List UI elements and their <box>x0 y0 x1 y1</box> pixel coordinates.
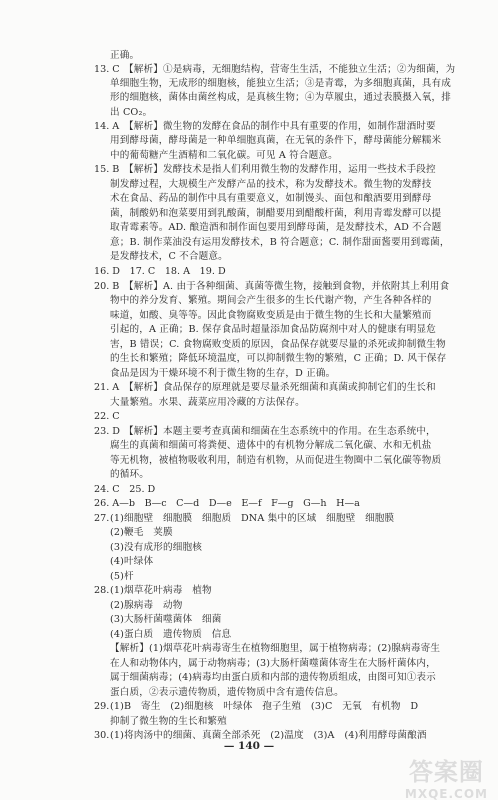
question-number: 13. C <box>94 63 120 76</box>
text-line: (1)B 寄生 (2)细胞核 叶绿体 孢子生殖 (3)C 无氧 有机物 D <box>110 700 418 713</box>
answer-key-page: 正确。13. C【解析】①是病毒，无细胞结构，营寄生生活，不能独立生活；②为细菌… <box>0 0 498 800</box>
text-line: (5)杆 <box>110 570 134 583</box>
text-line: 中的葡萄糖产生酒精和二氧化碳。可见 A 符合题意。 <box>110 149 338 162</box>
question-number: 22. C <box>94 410 120 423</box>
question-number: 16. D 17. C 18. A 19. D <box>94 265 226 278</box>
page-number: — 140 — <box>0 740 498 752</box>
text-line: 腐生的真菌和细菌可将粪便、遗体中的有机物分解成二氧化碳、水和无机盐 <box>110 439 432 452</box>
text-line: 食品是因为干燥环境不利于微生物的生存，D 正确。 <box>110 367 335 380</box>
text-line: 出 CO₂。 <box>110 106 152 119</box>
text-line: 在人和动物体内，属于动物病毒；(3)大肠杆菌噬菌体寄生在大肠杆菌体内， <box>110 657 436 670</box>
text-line: 属于细菌病毒；(4)病毒均由蛋白质和内部的遗传物质组成，由图可知①表示 <box>110 671 436 684</box>
text-line: 【解析】①是病毒，无细胞结构，营寄生生活，不能独立生活；②为细菌，为 <box>124 63 455 76</box>
text-line: 物中的养分发育、繁殖。期间会产生很多的生长代谢产物，产生各种各样的 <box>110 294 432 307</box>
text-line: 【解析】(1)烟草花叶病毒寄生在植物细胞里，属于植物病毒；(2)腺病毒寄生 <box>110 642 440 655</box>
text-line: 【解析】A. 由于各种细菌、真菌等微生物，接触到食物，并依附其上利用食 <box>124 280 449 293</box>
question-number: 21. A <box>94 381 119 394</box>
text-line: (1)烟草花叶病毒 植物 <box>110 584 212 597</box>
text-line: 单细胞生物，无成形的细胞核，能独立生活；③是青霉，为多细胞真菌，具有成 <box>110 77 451 90</box>
question-number: 15. B <box>94 163 119 176</box>
question-number: 23. D <box>94 425 120 438</box>
text-line: 菌，制酸奶和泡菜要用到乳酸菌，制醋要用到醋酸杆菌，利用青霉发酵可以提 <box>110 207 441 220</box>
text-line: 的生长和繁殖；降低环境温度，可以抑制微生物的繁殖，C 正确；D. 风干保存 <box>110 352 446 365</box>
text-line: 蛋白质，②表示遗传物质，遗传物质中含有遗传信息。 <box>110 686 344 699</box>
text-line: 等无机物，被植物吸收利用，制造有机物，从而促进生物圈中二氧化碳等物质 <box>110 454 441 467</box>
watermark-logo: 答案圈 <box>405 752 488 787</box>
text-line: 害，B 错误；C. 食物腐败变质的原因，食品保存就要尽量的杀死或抑制微生物 <box>110 338 446 351</box>
text-line: 引起的，A 正确；B. 保存食品时超量添加食品防腐剂中对人的健康有明显危 <box>110 323 436 336</box>
text-line: 是发酵技术，C 不合题意。 <box>110 250 228 263</box>
question-number: 29. <box>94 700 109 713</box>
question-number: 28. <box>94 584 109 597</box>
text-line: (4)叶绿体 <box>110 555 153 568</box>
text-line: 味道，如酸、臭等等。因此食物腐败变质是由于微生物的生长和大量繁殖而 <box>110 309 432 322</box>
text-line: 的循环。 <box>110 468 149 481</box>
watermark-url: MXQE.COM <box>405 787 488 800</box>
text-line: (2)鞭毛 荚膜 <box>110 526 173 539</box>
text-line: (4)蛋白质 遗传物质 信息 <box>110 628 231 641</box>
text-line: 抑制了微生物的生长和繁殖 <box>110 715 227 728</box>
text-line: 制发酵过程，大规模生产发酵产品的技术，称为发酵技术。微生物的发酵技 <box>110 178 432 191</box>
text-line: (2)腺病毒 动物 <box>110 599 183 612</box>
text-line: 取青霉素等。AD. 酿造酒和制作面包要用到酵母菌，是发酵技术，AD 不合题 <box>110 221 441 234</box>
question-number: 26. A—b B—c C—d D—e E—f F—g G—h H—a <box>94 497 360 510</box>
question-number: 20. B <box>94 280 119 293</box>
text-line: 意；B. 制作菜油没有运用发酵技术，B 符合题意；C. 制作甜面酱要用到霉菌， <box>110 236 450 249</box>
watermark: 答案圈 MXQE.COM <box>405 752 488 800</box>
text-line: 【解析】本题主要考查真菌和细菌在生态系统中的作用。在生态系统中， <box>124 425 436 438</box>
text-line: 正确。 <box>110 49 139 62</box>
text-line: 【解析】微生物的发酵在食品的制作中具有重要的作用，如制作甜酒时要 <box>124 120 436 133</box>
text-line: 【解析】食品保存的原理就是要尽量杀死细菌和真菌或抑制它们的生长和 <box>124 381 436 394</box>
text-line: (3)没有成形的细胞核 <box>110 541 202 554</box>
text-line: (1)细胞壁 细胞膜 细胞质 DNA 集中的区域 细胞壁 细胞膜 <box>110 512 394 525</box>
question-number: 14. A <box>94 120 119 133</box>
text-line: 术在食品、药品的制作中具有重要意义，如制馒头、面包和酿酒要用到酵母 <box>110 192 432 205</box>
text-line: 形的细胞核，菌体由菌丝构成，是真核生物；④为草履虫，通过表膜摄入氧，排 <box>110 91 451 104</box>
text-line: (3)大肠杆菌噬菌体 细菌 <box>110 613 221 626</box>
text-line: 大量繁殖。水果、蔬菜应用冷藏的方法保存。 <box>110 396 305 409</box>
text-line: 用到酵母菌，酵母菌是一种单细胞真菌，在无氧的条件下，酵母菌能分解糯米 <box>110 134 441 147</box>
text-line: 【解析】发酵技术是指人们利用微生物的发酵作用，运用一些技术手段控 <box>124 163 436 176</box>
question-number: 27. <box>94 512 109 525</box>
question-number: 24. C 25. D <box>94 483 155 496</box>
